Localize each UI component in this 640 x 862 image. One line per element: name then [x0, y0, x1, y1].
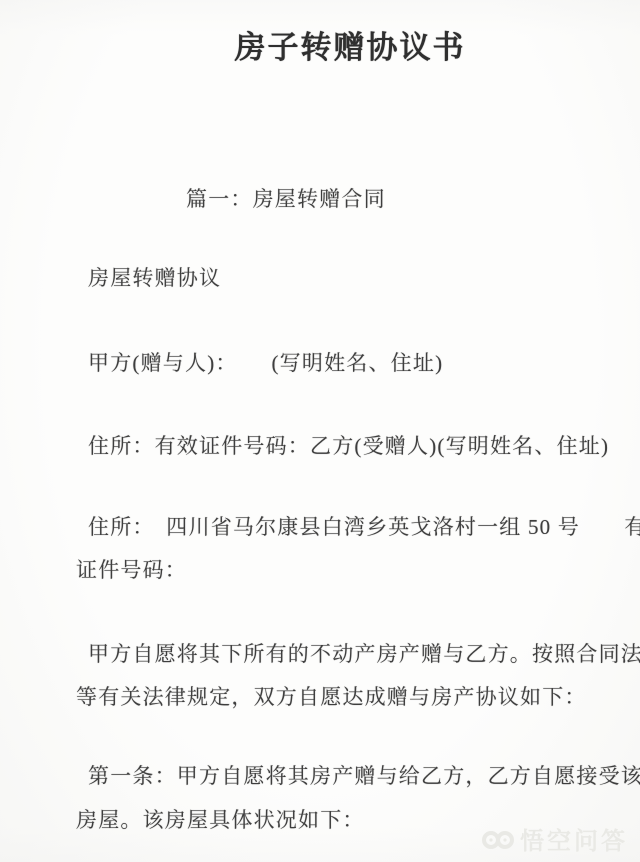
document-line-address: 住所： 四川省马尔康县白湾乡英戈洛村一组 50 号 有效 [88, 511, 640, 541]
document-line-subheading: 房屋转赠协议 [88, 262, 221, 292]
document-line-id-number: 证件号码： [76, 554, 187, 584]
page-title: 房子转赠协议书 [60, 22, 640, 67]
watermark-label: 悟空问答 [520, 821, 628, 856]
document-line-clause1-1: 第一条：甲方自愿将其房产赠与给乙方，乙方自愿接受该 [88, 760, 640, 790]
watermark: 悟空问答 [481, 821, 628, 856]
document-page: 房子转赠协议书 篇一：房屋转赠合同 房屋转赠协议 甲方(赠与人)： (写明姓名、… [0, 0, 640, 862]
wukong-logo-icon [481, 826, 515, 852]
document-line-section-heading: 篇一：房屋转赠合同 [186, 183, 386, 213]
document-line-preamble-1: 甲方自愿将其下所有的不动产房产赠与乙方。按照合同法 [88, 638, 640, 668]
document-line-preamble-2: 等有关法律规定，双方自愿达成赠与房产协议如下： [76, 681, 587, 711]
document-line-party-b: 住所：有效证件号码：乙方(受赠人)(写明姓名、住址) [88, 430, 609, 460]
document-line-clause1-2: 房屋。该房屋具体状况如下： [76, 804, 365, 834]
document-line-party-a: 甲方(赠与人)： (写明姓名、住址) [88, 347, 443, 377]
